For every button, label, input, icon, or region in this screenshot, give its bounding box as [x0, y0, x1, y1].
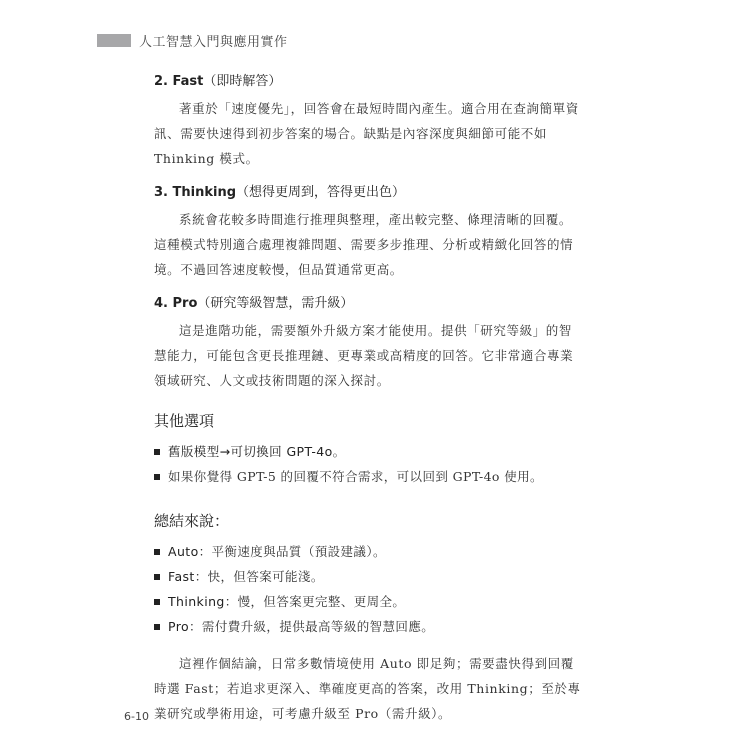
section-heading: 2. Fast（即時解答）: [154, 72, 584, 92]
list-item: 如果你覺得 GPT-5 的回覆不符合需求，可以回到 GPT-4o 使用。: [154, 464, 584, 489]
bullet-square-icon: [154, 449, 160, 455]
heading-en: 2. Fast: [154, 74, 203, 89]
other-options-list: 舊版模型→可切換回 GPT-4o。 如果你覺得 GPT-5 的回覆不符合需求，可…: [154, 439, 584, 489]
section-body: 系統會花較多時間進行推理與整理，產出較完整、條理清晰的回覆。這種模式特別適合處理…: [154, 207, 584, 282]
item-text: ：需付費升級，提供最高等級的智慧回應。: [189, 614, 434, 639]
list-item: Auto：平衡速度與品質（預設建議）。: [154, 539, 584, 564]
bullet-square-icon: [154, 599, 160, 605]
conclusion-paragraph: 這裡作個結論，日常多數情境使用 Auto 即足夠；需要盡快得到回覆時選 Fast…: [154, 651, 584, 726]
item-text: ：平衡速度與品質（預設建議）。: [199, 539, 386, 564]
summary-list: Auto：平衡速度與品質（預設建議）。 Fast：快，但答案可能淺。 Think…: [154, 539, 584, 639]
section-body: 這是進階功能，需要額外升級方案才能使用。提供「研究等級」的智慧能力，可能包含更長…: [154, 318, 584, 393]
item-text: ：快，但答案可能淺。: [195, 564, 324, 589]
list-item: 舊版模型→可切換回 GPT-4o。: [154, 439, 584, 464]
heading-en: 4. Pro: [154, 296, 197, 311]
list-item: Pro：需付費升級，提供最高等級的智慧回應。: [154, 614, 584, 639]
page-content: 2. Fast（即時解答） 著重於「速度優先」，回答會在最短時間內產生。適合用在…: [154, 72, 584, 726]
heading-zh: （研究等級智慧，需升級）: [197, 296, 353, 311]
section-heading: 3. Thinking（想得更周到，答得更出色）: [154, 183, 584, 203]
page-number: 6-10: [124, 710, 149, 723]
list-item: Fast：快，但答案可能淺。: [154, 564, 584, 589]
section-heading: 4. Pro（研究等級智慧，需升級）: [154, 294, 584, 314]
item-lead: Auto: [168, 539, 199, 564]
item-text: 。: [333, 439, 346, 464]
bullet-square-icon: [154, 624, 160, 630]
item-text: ：慢，但答案更完整、更周全。: [225, 589, 406, 614]
item-lead: 舊版模型→可切換回 GPT-4o: [168, 439, 333, 464]
section-fast: 2. Fast（即時解答） 著重於「速度優先」，回答會在最短時間內產生。適合用在…: [154, 72, 584, 171]
item-text: 如果你覺得 GPT-5 的回覆不符合需求，可以回到 GPT-4o 使用。: [168, 464, 543, 489]
heading-zh: （即時解答）: [203, 74, 281, 89]
summary-heading: 總結來說：: [154, 509, 584, 533]
heading-en: 3. Thinking: [154, 185, 236, 200]
running-header: 人工智慧入門與應用實作: [97, 31, 288, 50]
bullet-square-icon: [154, 574, 160, 580]
bullet-square-icon: [154, 474, 160, 480]
header-bar-decoration: [97, 34, 131, 47]
item-lead: Pro: [168, 614, 189, 639]
other-options-heading: 其他選項: [154, 409, 584, 433]
item-lead: Fast: [168, 564, 195, 589]
bullet-square-icon: [154, 549, 160, 555]
list-item: Thinking：慢，但答案更完整、更周全。: [154, 589, 584, 614]
heading-zh: （想得更周到，答得更出色）: [236, 185, 405, 200]
section-body: 著重於「速度優先」，回答會在最短時間內產生。適合用在查詢簡單資訊、需要快速得到初…: [154, 96, 584, 171]
section-pro: 4. Pro（研究等級智慧，需升級） 這是進階功能，需要額外升級方案才能使用。提…: [154, 294, 584, 393]
book-title: 人工智慧入門與應用實作: [139, 31, 288, 50]
item-lead: Thinking: [168, 589, 225, 614]
section-thinking: 3. Thinking（想得更周到，答得更出色） 系統會花較多時間進行推理與整理…: [154, 183, 584, 282]
